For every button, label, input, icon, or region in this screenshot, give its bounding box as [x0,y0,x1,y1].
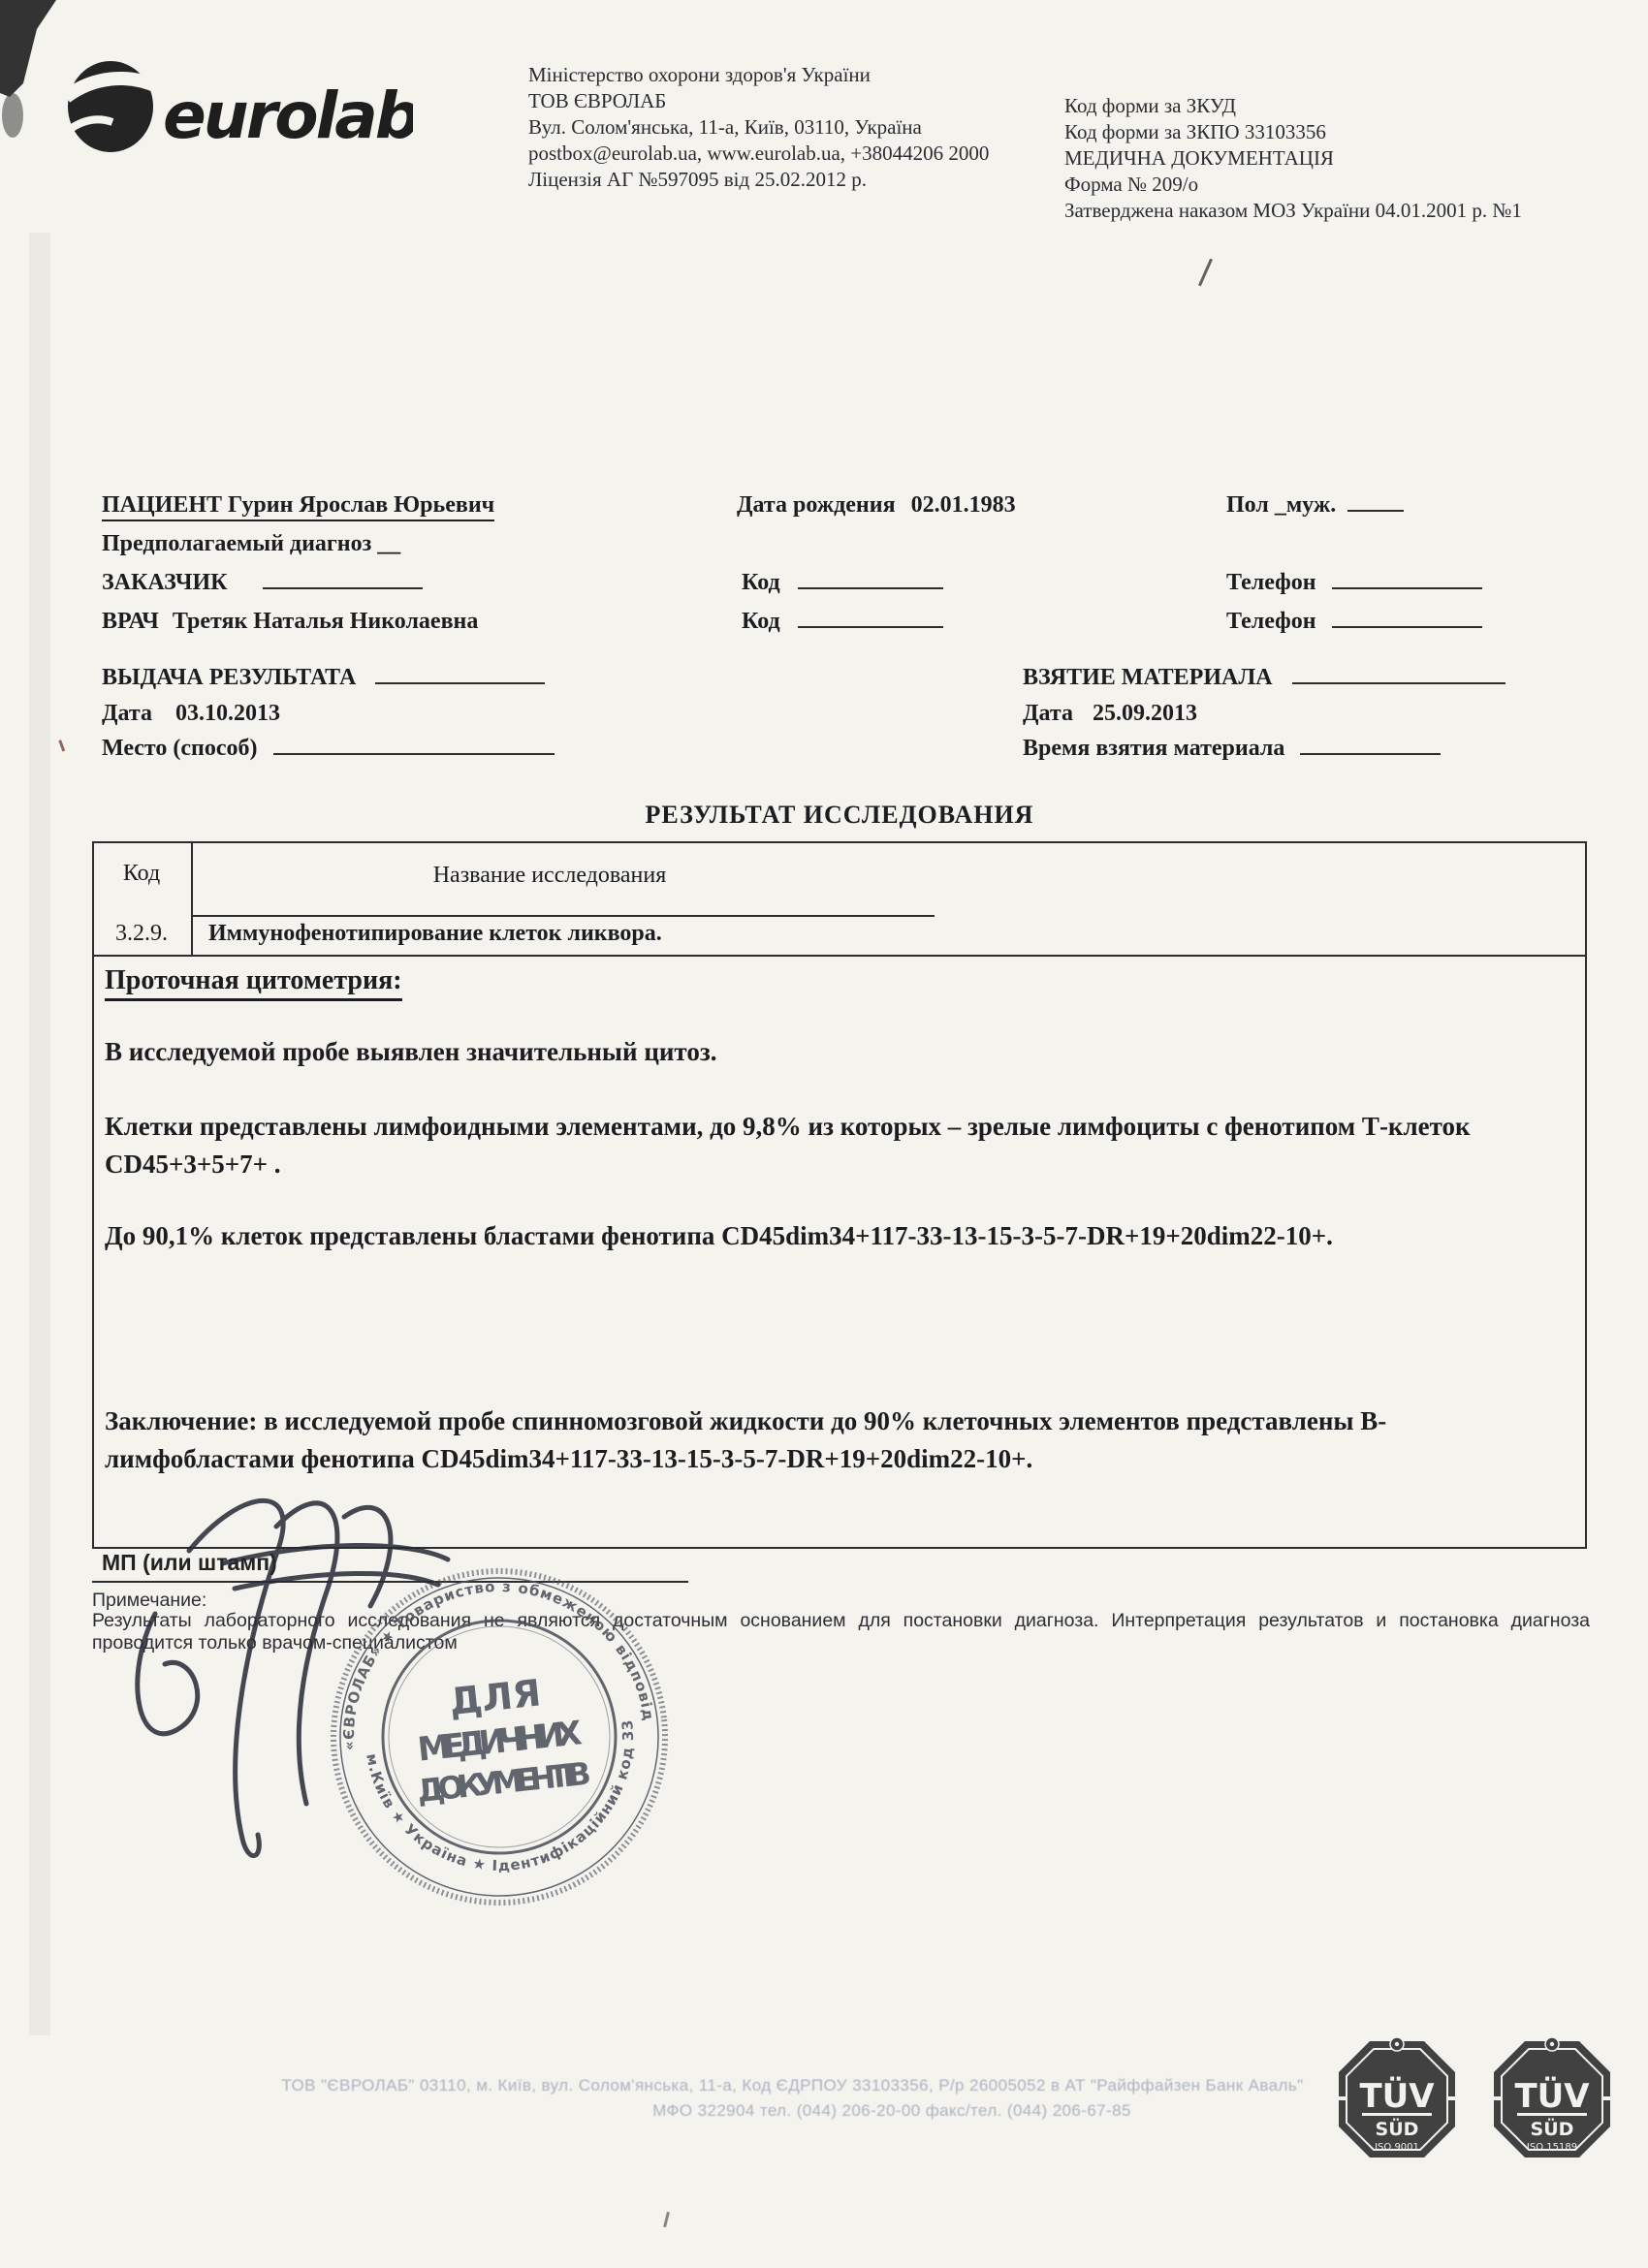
doctor-name: Третяк Наталья Николаевна [173,609,478,634]
org-line: Ліцензія АГ №597095 від 25.02.2012 р. [528,167,989,193]
form-info-line: Код форми за ЗКУД [1064,93,1522,119]
sampling-date-line: Дата 25.09.2013 [1023,701,1197,727]
table-header-code: Код [92,861,191,887]
table-row-divider [92,955,1587,957]
tuv-brand-text: TÜV [1514,2076,1590,2116]
dob-label: Дата рождения [737,492,896,518]
scan-artifact-bottom-speck [663,2212,670,2227]
tuv-badge-1: TÜV SÜD ISO 9001 [1333,2035,1461,2171]
diagnosis-label: Предполагаемый диагноз __ [102,531,400,556]
code-label: Код [742,570,780,595]
tuv-badge-2: TÜV SÜD ISO 15189 [1488,2035,1616,2171]
results-section-title: РЕЗУЛЬТАТ ИССЛЕДОВАНИЯ [92,801,1587,830]
form-info-line: Затверджена наказом МОЗ України 04.01.20… [1064,198,1522,224]
sampling-date-value: 25.09.2013 [1093,701,1197,726]
customer-label: ЗАКАЗЧИК [102,570,228,595]
paragraph-blasts: До 90,1% клеток представлены бластами фе… [105,1217,1559,1255]
tuv-iso-text: ISO 15189 [1527,2142,1577,2153]
sampling-time-blank-field [1300,738,1441,755]
phone-blank-field [1332,611,1482,628]
tuv-iso-text: ISO 9001 [1375,2142,1419,2153]
diagnosis-line: Предполагаемый диагноз __ [102,531,400,557]
doctor-code-line: Код [742,609,943,635]
table-cell-name: Иммунофенотипирование клеток ликвора. [208,921,662,947]
form-info-line: МЕДИЧНА ДОКУМЕНТАЦІЯ [1064,145,1522,172]
sex-label: Пол [1226,492,1269,518]
doctor-line: ВРАЧ Третяк Наталья Николаевна [102,609,478,635]
sampling-date-label: Дата [1023,701,1073,726]
org-line: ТОВ ЄВРОЛАБ [528,88,989,114]
code-blank-field [798,572,943,589]
paragraph-lymphoid: Клетки представлены лимфоидными элемента… [105,1108,1578,1183]
issue-date-value: 03.10.2013 [175,701,280,726]
customer-phone-line: Телефон [1226,570,1482,596]
sampling-time-line: Время взятия материала [1023,736,1441,762]
scan-artifact-blob [2,93,23,138]
code-blank-field [798,611,943,628]
scan-artifact-band [29,233,50,2035]
issue-blank-field [375,667,545,684]
dob-line: Дата рождения 02.01.1983 [737,492,1016,519]
patient-name: Гурин Ярослав Юрьевич [228,492,494,518]
code-label: Код [742,609,780,634]
customer-line: ЗАКАЗЧИК [102,570,423,596]
document-page: eurolab Міністерство охорони здоров'я Ук… [0,0,1648,2268]
table-column-divider [191,841,193,957]
issue-title: ВЫДАЧА РЕЗУЛЬТАТА [102,665,356,690]
phone-blank-field [1332,572,1482,589]
table-cell-code: 3.2.9. [92,921,191,947]
patient-line: ПАЦИЕНТ Гурин Ярослав Юрьевич [102,492,494,519]
issue-date-label: Дата [102,701,152,726]
footer-company-line-2: МФО 322904 тел. (044) 206-20-00 факс/тел… [291,2101,1493,2121]
patient-label: ПАЦИЕНТ [102,492,222,518]
org-line: Вул. Солом'янська, 11-а, Київ, 03110, Ук… [528,114,989,141]
doctor-label: ВРАЧ [102,609,159,634]
org-line: postbox@eurolab.ua, www.eurolab.ua, +380… [528,141,989,167]
eurolab-swoosh-icon [66,61,159,152]
sampling-blank-field [1292,667,1505,684]
sampling-title-line: ВЗЯТИЕ МАТЕРИАЛА [1023,665,1505,691]
sampling-time-label: Время взятия материала [1023,736,1284,761]
tuv-region-text: SÜD [1531,2117,1574,2140]
footer-company-line-1: ТОВ "ЄВРОЛАБ" 03110, м. Київ, вул. Солом… [92,2076,1493,2095]
org-line: Міністерство охорони здоров'я України [528,62,989,88]
round-stamp: «ЄВРОЛАБ» ★ Товариство з обмеженою відпо… [307,1545,691,1929]
method-heading: Проточная цитометрия: [105,965,402,996]
eurolab-wordmark: eurolab [163,79,413,153]
stamp-center-line-1: ДЛЯ [447,1671,543,1723]
eurolab-logo: eurolab [64,50,413,159]
scan-artifact-backslash [1198,259,1213,287]
issue-place-blank-field [273,738,555,755]
issue-date-line: Дата 03.10.2013 [102,701,280,727]
issue-title-line: ВЫДАЧА РЕЗУЛЬТАТА [102,665,545,691]
table-border-top [92,841,1587,843]
issue-place-label: Место (способ) [102,736,258,761]
phone-label: Телефон [1226,609,1316,634]
form-info-line: Форма № 209/о [1064,172,1522,198]
sex-line: Пол _муж. [1226,492,1404,519]
scan-artifact-corner [0,0,60,97]
phone-label: Телефон [1226,570,1316,595]
tuv-brand-text: TÜV [1359,2076,1435,2116]
sex-value: _муж. [1275,492,1336,518]
table-header-name: Название исследования [191,863,908,889]
customer-blank-field [263,572,423,589]
dob-value: 02.01.1983 [911,492,1016,518]
form-info-line: Код форми за ЗКПО 33103356 [1064,119,1522,145]
sampling-title: ВЗЯТИЕ МАТЕРИАЛА [1023,665,1273,690]
org-address: Міністерство охорони здоров'я України ТО… [528,62,989,193]
doctor-phone-line: Телефон [1226,609,1482,635]
paragraph-cytosis: В исследуемой пробе выявлен значительный… [105,1033,1578,1070]
table-border-left [92,841,94,1547]
table-border-right [1585,841,1587,1547]
sex-blank-field [1347,494,1404,512]
tuv-region-text: SÜD [1376,2117,1419,2140]
scan-artifact-speck [58,737,72,751]
customer-code-line: Код [742,570,943,596]
form-info: Код форми за ЗКУД Код форми за ЗКПО 3310… [1064,93,1522,224]
table-header-underline [193,915,935,917]
issue-place-line: Место (способ) [102,736,555,762]
